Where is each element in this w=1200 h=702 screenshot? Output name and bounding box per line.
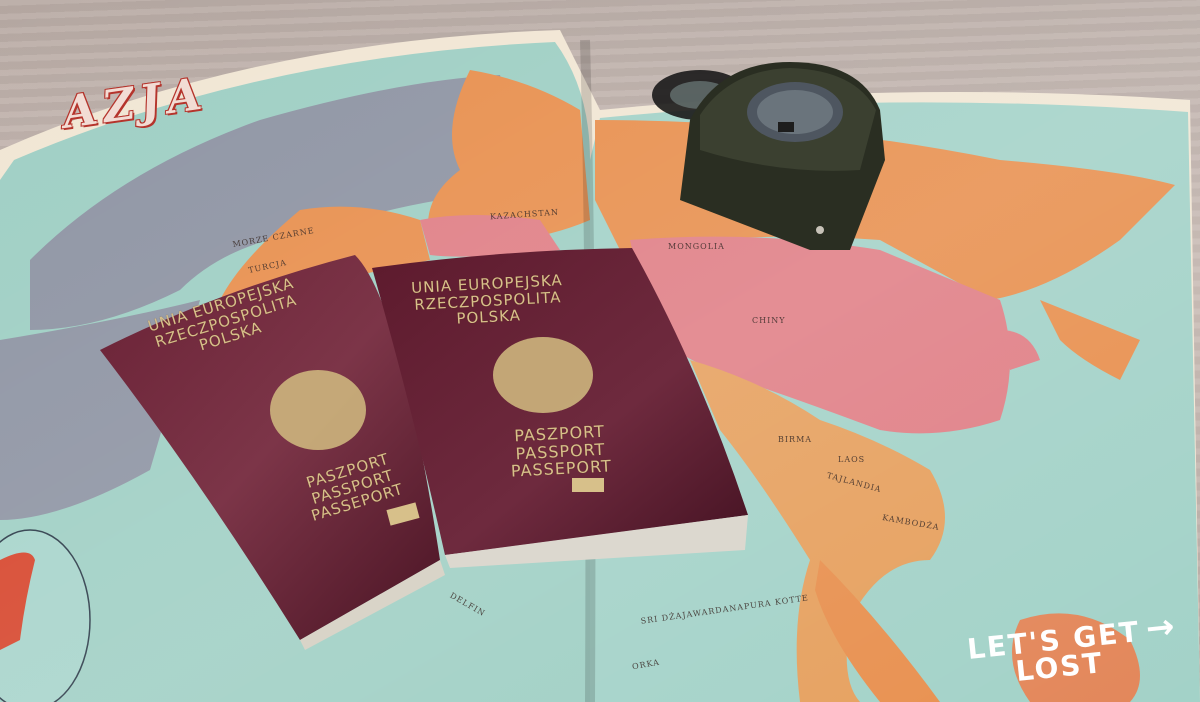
map-label-burma: BIRMA — [778, 435, 812, 444]
passport-right-header: UNIA EUROPEJSKA RZECZPOSPOLITA POLSKA — [411, 272, 565, 329]
map-label-china: CHINY — [752, 316, 786, 325]
photo-scene: AZJA MORZE CZARNE TURCJA KAZACHSTAN MONG… — [0, 0, 1200, 702]
map-label-mongolia: MONGOLIA — [668, 242, 725, 251]
arrow-right-icon: → — [1144, 606, 1179, 649]
passport-right-type: PASZPORT PASSPORT PASSEPORT — [509, 422, 613, 480]
map-label-laos: LAOS — [838, 455, 865, 464]
